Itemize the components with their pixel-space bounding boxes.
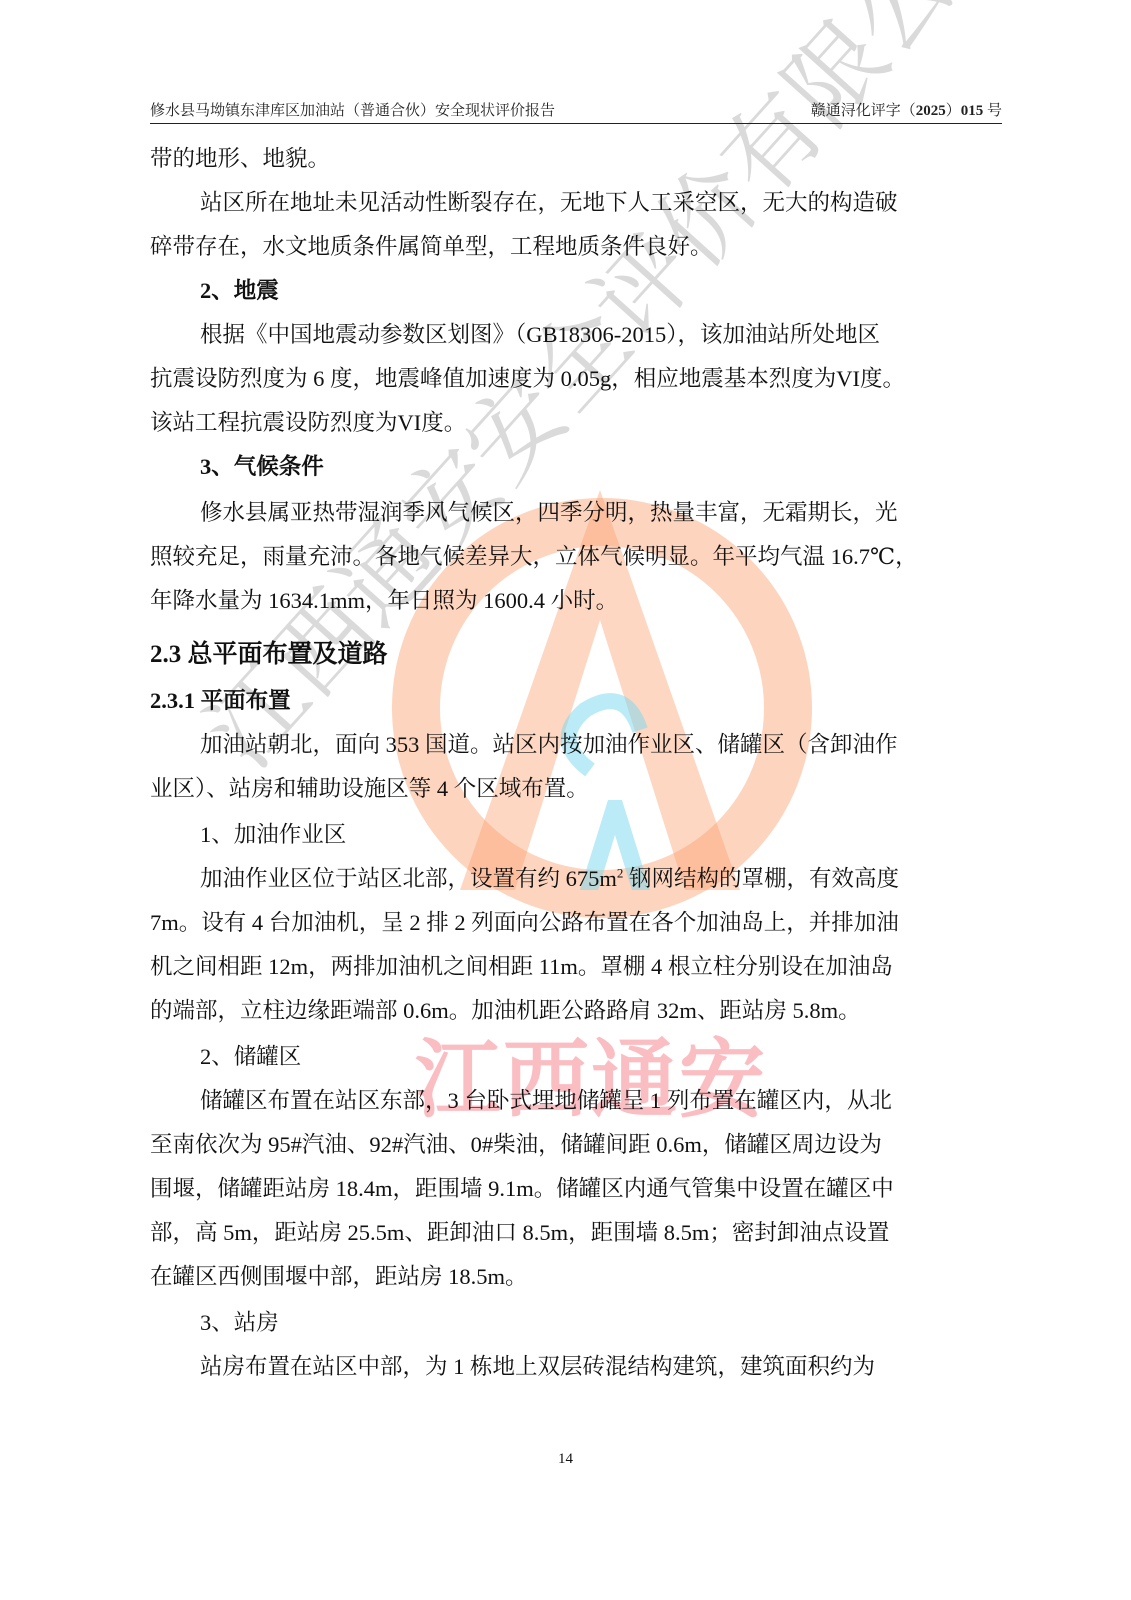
page-header: 修水县马坳镇东津库区加油站（普通合伙）安全现状评价报告 赣通浔化评字（2025）… [150, 97, 1002, 124]
list-item-heading: 3、站房 [200, 1308, 279, 1338]
paragraph-line: 围堰，储罐距站房 18.4m，距围墙 9.1m。储罐区内通气管集中设置在罐区中 [150, 1174, 894, 1204]
paragraph-line: 年降水量为 1634.1mm，年日照为 1600.4 小时。 [150, 586, 618, 616]
paragraph-line: 站房布置在站区中部，为 1 栋地上双层砖混结构建筑，建筑面积约为 [200, 1352, 875, 1382]
subheading-earthquake: 2、地震 [200, 276, 279, 306]
paragraph-line: 至南依次为 95#汽油、92#汽油、0#柴油，储罐间距 0.6m，储罐区周边设为 [150, 1130, 882, 1160]
paragraph-line: 7m。设有 4 台加油机，呈 2 排 2 列面向公路布置在各个加油岛上，并排加油 [150, 908, 899, 938]
section-heading: 2.3 总平面布置及道路 [150, 640, 388, 670]
paragraph-line: 加油作业区位于站区北部，设置有约 675m2 钢网结构的罩棚，有效高度 [200, 864, 899, 894]
document-page: 江西通安安全评价有限公司 江西通安 修水县马坳镇东津库区加油站（普通合伙）安全现… [0, 0, 1131, 1600]
header-doc-number: 赣通浔化评字（2025）015 号 [811, 99, 1002, 120]
paragraph-line: 抗震设防烈度为 6 度，地震峰值加速度为 0.05g，相应地震基本烈度为VI度。 [150, 364, 905, 394]
paragraph-line: 部，高 5m，距站房 25.5m、距卸油口 8.5m，距围墙 8.5m；密封卸油… [150, 1218, 889, 1248]
subsection-heading: 2.3.1 平面布置 [150, 686, 291, 716]
header-report-title: 修水县马坳镇东津库区加油站（普通合伙）安全现状评价报告 [150, 99, 555, 120]
paragraph-line: 加油站朝北，面向 353 国道。站区内按加油作业区、储罐区（含卸油作 [200, 730, 898, 760]
paragraph-line: 带的地形、地貌。 [150, 144, 330, 174]
paragraph-line: 业区）、站房和辅助设施区等 4 个区域布置。 [150, 774, 589, 804]
paragraph-line: 机之间相距 12m，两排加油机之间相距 11m。罩棚 4 根立柱分别设在加油岛 [150, 952, 893, 982]
paragraph-line: 碎带存在，水文地质条件属简单型，工程地质条件良好。 [150, 232, 713, 262]
paragraph-line: 在罐区西侧围堰中部，距站房 18.5m。 [150, 1262, 528, 1292]
paragraph-line: 根据《中国地震动参数区划图》（GB18306-2015），该加油站所处地区 [200, 320, 880, 350]
paragraph-line: 储罐区布置在站区东部，3 台卧式埋地储罐呈 1 列布置在罐区内，从北 [200, 1086, 892, 1116]
paragraph-line: 站区所在地址未见活动性断裂存在，无地下人工采空区，无大的构造破 [200, 188, 898, 218]
list-item-heading: 2、储罐区 [200, 1042, 301, 1072]
subheading-climate: 3、气候条件 [200, 452, 324, 482]
paragraph-line: 该站工程抗震设防烈度为VI度。 [150, 408, 466, 438]
paragraph-line: 照较充足，雨量充沛。各地气候差异大，立体气候明显。年平均气温 16.7℃， [150, 542, 918, 572]
page-number: 14 [0, 1451, 1131, 1468]
list-item-heading: 1、加油作业区 [200, 820, 346, 850]
paragraph-line: 的端部，立柱边缘距端部 0.6m。加油机距公路路肩 32m、距站房 5.8m。 [150, 996, 861, 1026]
paragraph-line: 修水县属亚热带湿润季风气候区，四季分明，热量丰富，无霜期长，光 [200, 498, 898, 528]
